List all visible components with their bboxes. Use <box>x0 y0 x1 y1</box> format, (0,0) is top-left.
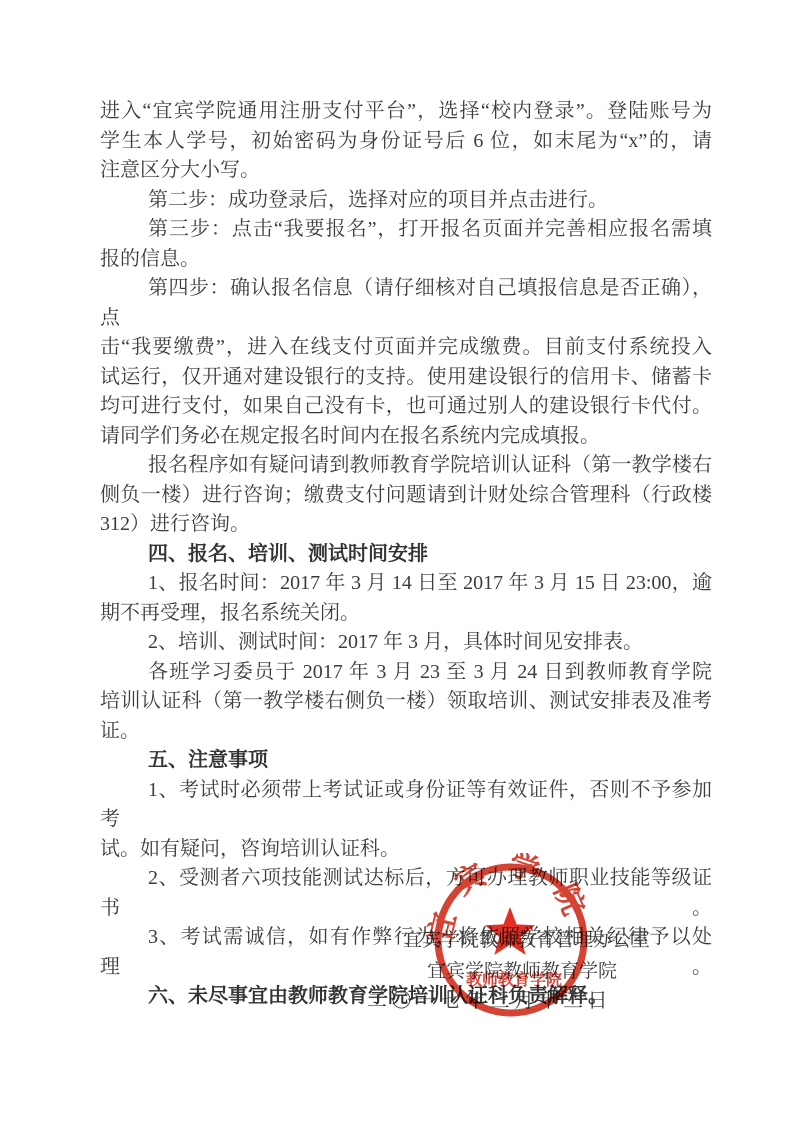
text-line: 试。如有疑问，咨询培训认证科。 <box>100 835 712 865</box>
text-line: 进入“宜宾学院通用注册支付平台”，选择“校内登录”。登陆账号为 <box>100 97 712 127</box>
text-line: 1、报名时间：2017 年 3 月 14 日至 2017 年 3 月 15 日 … <box>100 569 712 599</box>
document-page: 进入“宜宾学院通用注册支付平台”，选择“校内登录”。登陆账号为 学生本人学号，初… <box>0 0 800 1131</box>
text-line: 证。 <box>100 717 712 747</box>
text-line: 报名程序如有疑问请到教师教育学院培训认证科（第一教学楼右 <box>100 451 712 481</box>
text-line: 312）进行咨询。 <box>100 510 712 540</box>
section-heading: 四、报名、培训、测试时间安排 <box>100 540 712 570</box>
text-line: 2、培训、测试时间：2017 年 3 月，具体时间见安排表。 <box>100 628 712 658</box>
text-line: 各班学习委员于 2017 年 3 月 23 至 3 月 24 日到教师教育学院 <box>100 658 712 688</box>
text-line: 请同学们务必在规定报名时间内在报名系统内完成填报。 <box>100 422 712 452</box>
text-line: 期不再受理，报名系统关闭。 <box>100 599 712 629</box>
text-line: 报的信息。 <box>100 245 712 275</box>
text-line: 第二步：成功登录后，选择对应的项目并点击进行。 <box>100 186 712 216</box>
text-line: 击“我要缴费”，进入在线支付页面并完成缴费。目前支付系统投入 <box>100 333 712 363</box>
text-line: 培训认证科（第一教学楼右侧负一楼）领取培训、测试安排表及准考 <box>100 687 712 717</box>
text-line: 学生本人学号，初始密码为身份证号后 6 位，如末尾为“x”的，请 <box>100 127 712 157</box>
text-line: 侧负一楼）进行咨询；缴费支付问题请到计财处综合管理科（行政楼 <box>100 481 712 511</box>
text-line: 注意区分大小写。 <box>100 156 712 186</box>
text-line: 试运行，仅开通对建设银行的支持。使用建设银行的信用卡、储蓄卡 <box>100 363 712 393</box>
text-line: 第四步：确认报名信息（请仔细核对自己填报信息是否正确），点 <box>100 274 712 333</box>
official-seal: 宜宾学院 教师教育学院 <box>424 853 598 1027</box>
text-line: 均可进行支付，如果自己没有卡，也可通过别人的建设银行卡代付。 <box>100 392 712 422</box>
text-line: 2、受测者六项技能测试达标后，方可办理教师职业技能等级证书。 <box>100 864 712 923</box>
seal-star-icon <box>485 907 535 955</box>
document-body: 进入“宜宾学院通用注册支付平台”，选择“校内登录”。登陆账号为 学生本人学号，初… <box>100 97 712 1012</box>
text-line: 1、考试时必须带上考试证或身份证等有效证件，否则不予参加考 <box>100 776 712 835</box>
text-line: 第三步：点击“我要报名”，打开报名页面并完善相应报名需填 <box>100 215 712 245</box>
seal-center-text: 教师教育学院 <box>466 970 562 989</box>
section-heading: 五、注意事项 <box>100 746 712 776</box>
